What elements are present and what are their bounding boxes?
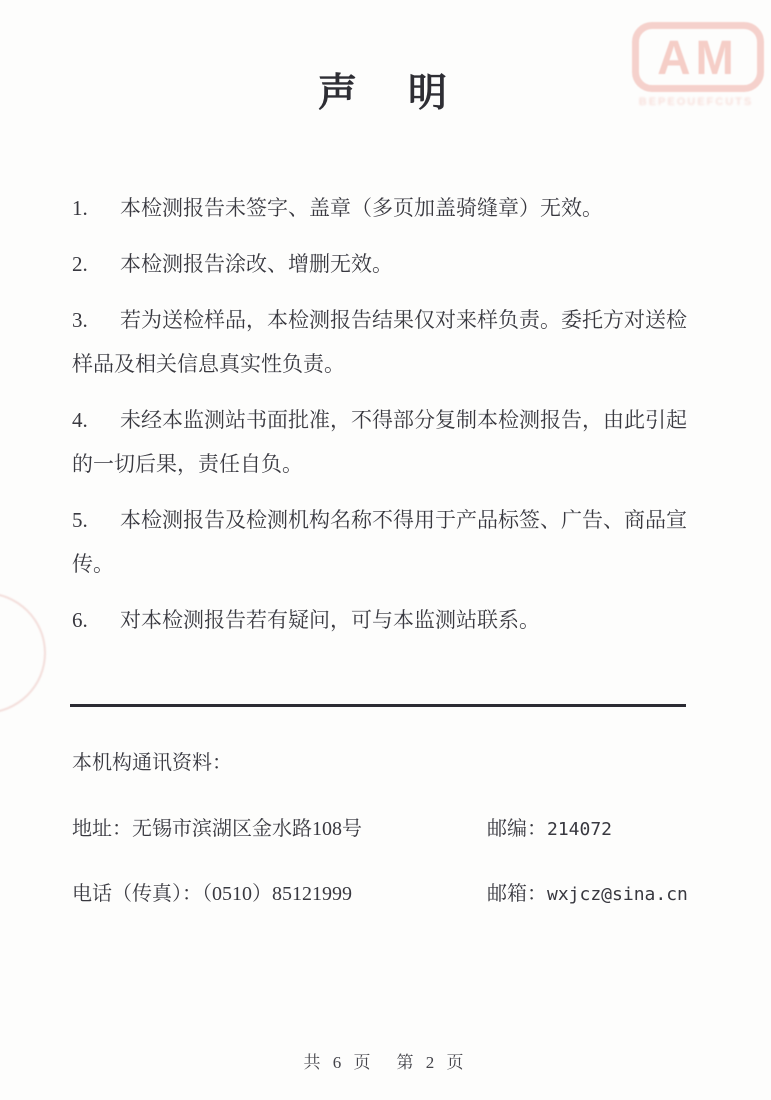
list-item-number: 4. — [72, 398, 120, 442]
list-item-text: 本检测报告涂改、增删无效。 — [120, 252, 393, 276]
list-item: 6.对本检测报告若有疑问，可与本监测站联系。 — [72, 598, 688, 642]
page-footer: 共 6 页第 2 页 — [0, 1048, 771, 1073]
list-item-number: 3. — [72, 298, 120, 342]
phone-value: （0510）85121999 — [202, 883, 352, 905]
document-page: AM BEPEOUEFCUTS 声 明 1.本检测报告未签字、盖章（多页加盖骑缝… — [0, 0, 771, 1100]
list-item-number: 2. — [72, 242, 120, 286]
list-item: 3.若为送检样品，本检测报告结果仅对来样负责。委托方对送检样品及相关信息真实性负… — [72, 298, 688, 386]
declaration-list: 1.本检测报告未签字、盖章（多页加盖骑缝章）无效。 2.本检测报告涂改、增删无效… — [72, 186, 688, 654]
list-item: 4.未经本监测站书面批准，不得部分复制本检测报告，由此引起的一切后果，责任自负。 — [72, 398, 688, 486]
address-label: 地址： — [72, 818, 132, 840]
list-item-text: 未经本监测站书面批准，不得部分复制本检测报告，由此引起的一切后果，责任自负。 — [72, 408, 687, 476]
list-item-text: 本检测报告及检测机构名称不得用于产品标签、广告、商品宣传。 — [72, 508, 687, 576]
footer-total-pages: 共 6 页 — [304, 1053, 375, 1072]
list-item-number: 1. — [72, 186, 120, 230]
phone-label: 电话（传真）： — [72, 883, 202, 905]
list-item-text: 本检测报告未签字、盖章（多页加盖骑缝章）无效。 — [120, 196, 603, 220]
postcode-label: 邮编： — [487, 818, 547, 840]
postcode-value: 214072 — [547, 819, 612, 840]
list-item-text: 对本检测报告若有疑问，可与本监测站联系。 — [120, 608, 540, 632]
partial-circle-stamp — [0, 592, 46, 714]
list-item: 2.本检测报告涂改、增删无效。 — [72, 242, 688, 286]
list-item-number: 5. — [72, 498, 120, 542]
list-item-text: 若为送检样品，本检测报告结果仅对来样负责。委托方对送检样品及相关信息真实性负责。 — [72, 308, 687, 376]
contact-address-row: 地址：无锡市滨湖区金水路108号 邮编：214072 — [72, 812, 700, 841]
list-item: 1.本检测报告未签字、盖章（多页加盖骑缝章）无效。 — [72, 186, 688, 230]
list-item-number: 6. — [72, 598, 120, 642]
email-label: 邮箱： — [487, 883, 547, 905]
horizontal-divider — [70, 704, 686, 707]
email-value: wxjcz@sina.cn — [547, 884, 688, 905]
footer-current-page: 第 2 页 — [397, 1053, 468, 1072]
address-value: 无锡市滨湖区金水路108号 — [132, 818, 362, 840]
page-title: 声 明 — [0, 62, 771, 118]
contact-heading: 本机构通讯资料： — [72, 746, 232, 775]
contact-phone-row: 电话（传真）：（0510）85121999 邮箱：wxjcz@sina.cn — [72, 877, 700, 906]
list-item: 5.本检测报告及检测机构名称不得用于产品标签、广告、商品宣传。 — [72, 498, 688, 586]
